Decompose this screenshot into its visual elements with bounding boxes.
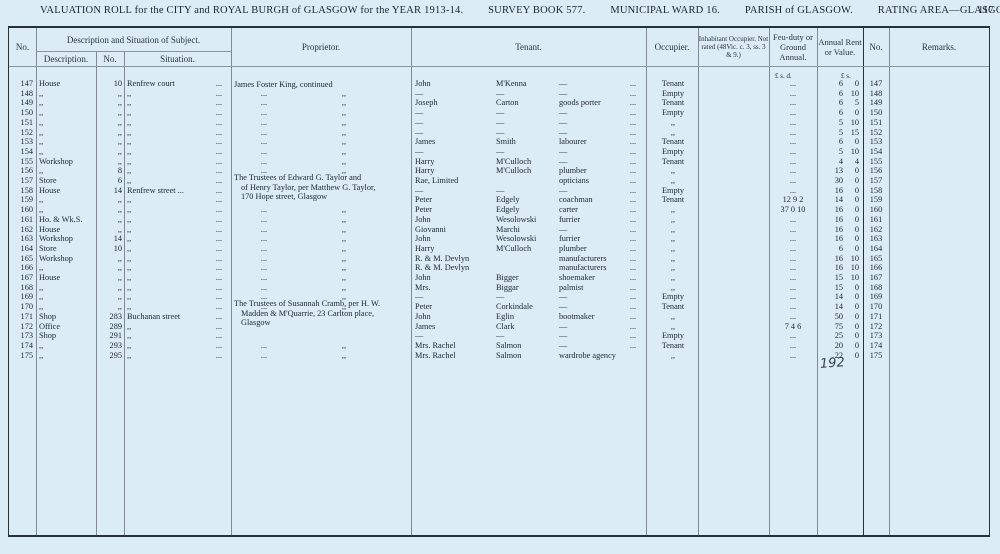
description: ,, bbox=[39, 302, 94, 312]
proprietor-dots: ... bbox=[249, 157, 279, 167]
proprietor-ditto: ,, bbox=[329, 166, 359, 176]
proprietor-ditto: ,, bbox=[329, 157, 359, 167]
tenant-first-name: R. & M. Devlyn bbox=[415, 263, 495, 273]
occupation: plumber bbox=[559, 244, 631, 254]
row-number-right: 163 bbox=[865, 234, 887, 244]
page-title: VALUATION ROLL for the CITY and ROYAL BU… bbox=[40, 5, 1000, 16]
tenant-surname: Edgely bbox=[496, 195, 566, 205]
occupation: — bbox=[559, 147, 631, 157]
valuation-table: No. Description and Situation of Subject… bbox=[8, 26, 990, 537]
feu-duty: ... bbox=[771, 254, 815, 264]
table-row: 165Workshop,,,,......,,R. & M. Devlynman… bbox=[9, 254, 991, 264]
survey-book: SURVEY BOOK 577. bbox=[488, 5, 585, 16]
rent-shillings: 0 bbox=[845, 186, 859, 196]
feu-duty: ... bbox=[771, 186, 815, 196]
subject-number: 6 bbox=[97, 176, 122, 186]
occupation: — bbox=[559, 108, 631, 118]
proprietor-dots: ... bbox=[249, 283, 279, 293]
row-number-right: 166 bbox=[865, 263, 887, 273]
situation-dots: ... bbox=[209, 312, 229, 322]
situation: Renfrew court bbox=[127, 79, 207, 89]
situation: ,, bbox=[127, 225, 207, 235]
rent-pounds: 16 bbox=[821, 263, 843, 273]
feu-duty: ... bbox=[771, 283, 815, 293]
situation: ,, bbox=[127, 331, 207, 341]
subject-number: ,, bbox=[97, 157, 122, 167]
subject-number: ,, bbox=[97, 89, 122, 99]
tenant-surname: — bbox=[496, 331, 566, 341]
proprietor-ditto: ,, bbox=[329, 137, 359, 147]
description: House bbox=[39, 79, 94, 89]
situation-dots: ... bbox=[209, 157, 229, 167]
situation-dots: ... bbox=[209, 273, 229, 283]
occupier-status: ,, bbox=[649, 283, 697, 293]
situation: ,, bbox=[127, 341, 207, 351]
row-number-right: 152 bbox=[865, 128, 887, 138]
occupation: — bbox=[559, 302, 631, 312]
feu-duty: ... bbox=[771, 166, 815, 176]
feu-duty: ... bbox=[771, 118, 815, 128]
tenant-first-name: Harry bbox=[415, 157, 495, 167]
tenant-first-name: — bbox=[415, 292, 495, 302]
situation-dots: ... bbox=[209, 137, 229, 147]
situation: ,, bbox=[127, 254, 207, 264]
rent-pounds: 20 bbox=[821, 341, 843, 351]
occupation: — bbox=[559, 79, 631, 89]
table-row: 149,,,,,,......,,JosephCartongoods porte… bbox=[9, 98, 991, 108]
table-row: 174,,293,,......,,Mrs. RachelSalmon—...T… bbox=[9, 341, 991, 351]
tenant-surname: M'Culloch bbox=[496, 157, 566, 167]
situation: ,, bbox=[127, 292, 207, 302]
table-row: 147House10Renfrew court...JohnM'Kenna—..… bbox=[9, 79, 991, 89]
situation: ,, bbox=[127, 137, 207, 147]
feu-duty: ... bbox=[771, 312, 815, 322]
situation: ,, bbox=[127, 98, 207, 108]
table-row: 171Shop283Buchanan street...JohnEglinboo… bbox=[9, 312, 991, 322]
rent-pounds: 6 bbox=[821, 137, 843, 147]
row-number: 152 bbox=[9, 128, 33, 138]
description: ,, bbox=[39, 351, 94, 361]
tenant-surname: Wesolowski bbox=[496, 215, 566, 225]
occupation-dots: ... bbox=[623, 273, 643, 283]
feu-duty: ... bbox=[771, 302, 815, 312]
occupation: — bbox=[559, 89, 631, 99]
tenant-surname: M'Culloch bbox=[496, 244, 566, 254]
tenant-first-name: — bbox=[415, 89, 495, 99]
proprietor-ditto: ,, bbox=[329, 263, 359, 273]
row-number: 174 bbox=[9, 341, 33, 351]
situation-dots: ... bbox=[209, 195, 229, 205]
row-number: 157 bbox=[9, 176, 33, 186]
row-number: 159 bbox=[9, 195, 33, 205]
situation: ,, bbox=[127, 205, 207, 215]
situation-dots: ... bbox=[209, 351, 229, 361]
rent-pounds: 6 bbox=[821, 108, 843, 118]
row-number: 156 bbox=[9, 166, 33, 176]
rent-shillings: 0 bbox=[845, 195, 859, 205]
rent-pounds: 16 bbox=[821, 205, 843, 215]
occupation: — bbox=[559, 225, 631, 235]
description: ,, bbox=[39, 137, 94, 147]
subject-number: ,, bbox=[97, 137, 122, 147]
row-number: 153 bbox=[9, 137, 33, 147]
feu-duty: ... bbox=[771, 128, 815, 138]
occupation-dots: ... bbox=[623, 195, 643, 205]
tenant-first-name: R. & M. Devlyn bbox=[415, 254, 495, 264]
table-row: 161Ho. & Wk.S.,,,,......,,JohnWesolowski… bbox=[9, 215, 991, 225]
situation-dots: ... bbox=[209, 283, 229, 293]
description: Ho. & Wk.S. bbox=[39, 215, 94, 225]
occupation: plumber bbox=[559, 166, 631, 176]
occupier-status: Empty bbox=[649, 292, 697, 302]
rent-pounds: 14 bbox=[821, 195, 843, 205]
proprietor-ditto: ,, bbox=[329, 244, 359, 254]
occupation: manufacturers bbox=[559, 254, 631, 264]
occupation: manufacturers bbox=[559, 263, 631, 273]
occupier-status: ,, bbox=[649, 205, 697, 215]
rent-shillings: 0 bbox=[845, 205, 859, 215]
header-feu-duty: Feu-duty or Ground Annual. bbox=[769, 28, 817, 66]
rent-shillings: 0 bbox=[845, 312, 859, 322]
feu-duty: 37 0 10 bbox=[771, 205, 815, 215]
table-row: 170,,,,,,......,,PeterCorkindale—...Tena… bbox=[9, 302, 991, 312]
situation-dots: ... bbox=[209, 263, 229, 273]
row-number-right: 155 bbox=[865, 157, 887, 167]
table-row: 152,,,,,,......,,———...,,...515152 bbox=[9, 128, 991, 138]
occupation: furrier bbox=[559, 215, 631, 225]
table-row: 157Store6,,...Rae, Limitedopticians...,,… bbox=[9, 176, 991, 186]
rent-shillings: 0 bbox=[845, 244, 859, 254]
occupation: — bbox=[559, 186, 631, 196]
row-number-right: 162 bbox=[865, 225, 887, 235]
row-number: 158 bbox=[9, 186, 33, 196]
situation-dots: ... bbox=[209, 302, 229, 312]
description: ,, bbox=[39, 166, 94, 176]
subject-number: 291 bbox=[97, 331, 122, 341]
rent-shillings: 0 bbox=[845, 302, 859, 312]
row-number: 162 bbox=[9, 225, 33, 235]
tenant-first-name: — bbox=[415, 118, 495, 128]
tenant-surname: Smith bbox=[496, 137, 566, 147]
feu-duty: ... bbox=[771, 263, 815, 273]
row-number-right: 174 bbox=[865, 341, 887, 351]
proprietor-dots: ... bbox=[249, 254, 279, 264]
situation-dots: ... bbox=[209, 128, 229, 138]
row-number: 165 bbox=[9, 254, 33, 264]
row-number-right: 173 bbox=[865, 331, 887, 341]
subject-number: ,, bbox=[97, 108, 122, 118]
situation-dots: ... bbox=[209, 147, 229, 157]
description: ,, bbox=[39, 98, 94, 108]
occupation-dots: ... bbox=[623, 254, 643, 264]
subject-number: 8 bbox=[97, 166, 122, 176]
header-proprietor: Proprietor. bbox=[231, 28, 411, 66]
occupation-dots: ... bbox=[623, 283, 643, 293]
description: Shop bbox=[39, 312, 94, 322]
row-number-right: 149 bbox=[865, 98, 887, 108]
subject-number: ,, bbox=[97, 128, 122, 138]
proprietor-dots: ... bbox=[249, 263, 279, 273]
row-number: 163 bbox=[9, 234, 33, 244]
tenant-surname: Bigger bbox=[496, 273, 566, 283]
occupation: shoemaker bbox=[559, 273, 631, 283]
situation: ,, bbox=[127, 157, 207, 167]
feu-duty: ... bbox=[771, 351, 815, 361]
header-tenant: Tenant. bbox=[411, 28, 646, 66]
subject-number: 295 bbox=[97, 351, 122, 361]
tenant-surname: M'Culloch bbox=[496, 166, 566, 176]
feu-duty: ... bbox=[771, 98, 815, 108]
occupation-dots: ... bbox=[623, 292, 643, 302]
situation-dots: ... bbox=[209, 322, 229, 332]
occupation-dots: ... bbox=[623, 312, 643, 322]
proprietor-dots: ... bbox=[249, 118, 279, 128]
tenant-first-name: Giovanni bbox=[415, 225, 495, 235]
situation-dots: ... bbox=[209, 331, 229, 341]
header-remarks: Remarks. bbox=[889, 28, 989, 66]
row-number-right: 167 bbox=[865, 273, 887, 283]
feu-duty: ... bbox=[771, 234, 815, 244]
occupier-status: ,, bbox=[649, 254, 697, 264]
subject-number: 14 bbox=[97, 234, 122, 244]
occupier-status: Empty bbox=[649, 331, 697, 341]
tenant-surname: — bbox=[496, 147, 566, 157]
subject-number: 293 bbox=[97, 341, 122, 351]
row-number: 147 bbox=[9, 79, 33, 89]
occupier-status: ,, bbox=[649, 166, 697, 176]
table-row: 148,,,,,,......,,———...Empty...610148 bbox=[9, 89, 991, 99]
subject-number: ,, bbox=[97, 98, 122, 108]
proprietor-dots: ... bbox=[249, 128, 279, 138]
row-number-right: 159 bbox=[865, 195, 887, 205]
row-number: 175 bbox=[9, 351, 33, 361]
row-number-right: 154 bbox=[865, 147, 887, 157]
row-number-right: 169 bbox=[865, 292, 887, 302]
description: Workshop bbox=[39, 254, 94, 264]
subject-number: ,, bbox=[97, 273, 122, 283]
table-row: 159,,,,,,...PeterEdgelycoachman...Tenant… bbox=[9, 195, 991, 205]
header-annual-rent: Annual Rent or Value. bbox=[817, 28, 863, 66]
description: House bbox=[39, 186, 94, 196]
rent-shillings: 10 bbox=[845, 147, 859, 157]
situation-dots: ... bbox=[209, 108, 229, 118]
situation: ,, bbox=[127, 322, 207, 332]
municipal-ward: MUNICIPAL WARD 16. bbox=[610, 5, 720, 16]
subject-number: 10 bbox=[97, 244, 122, 254]
rent-pounds: 16 bbox=[821, 234, 843, 244]
table-row: 160,,,,,,......,,PeterEdgelycarter...,,3… bbox=[9, 205, 991, 215]
table-row: 163Workshop14,,......,,JohnWesolowskifur… bbox=[9, 234, 991, 244]
description: House bbox=[39, 273, 94, 283]
situation: ,, bbox=[127, 176, 207, 186]
page-number: 117 bbox=[978, 5, 994, 16]
occupation-dots: ... bbox=[623, 108, 643, 118]
proprietor-dots: ... bbox=[249, 302, 279, 312]
header-no: No. bbox=[9, 28, 36, 66]
roll-title: VALUATION ROLL for the CITY and ROYAL BU… bbox=[40, 5, 463, 16]
situation: ,, bbox=[127, 263, 207, 273]
occupation-dots: ... bbox=[623, 215, 643, 225]
situation-dots: ... bbox=[209, 292, 229, 302]
feu-duty: ... bbox=[771, 215, 815, 225]
feu-duty: ... bbox=[771, 225, 815, 235]
occupation-dots: ... bbox=[623, 137, 643, 147]
occupier-status: ,, bbox=[649, 176, 697, 186]
subject-number: ,, bbox=[97, 283, 122, 293]
situation-dots: ... bbox=[209, 205, 229, 215]
proprietor-ditto: ,, bbox=[329, 341, 359, 351]
proprietor-dots: ... bbox=[249, 98, 279, 108]
situation-dots: ... bbox=[209, 166, 229, 176]
rent-pounds: 30 bbox=[821, 176, 843, 186]
proprietor-dots: ... bbox=[249, 225, 279, 235]
description: ,, bbox=[39, 118, 94, 128]
subject-number: ,, bbox=[97, 263, 122, 273]
header-occupier: Occupier. bbox=[646, 28, 698, 66]
proprietor-ditto: ,, bbox=[329, 98, 359, 108]
row-number: 161 bbox=[9, 215, 33, 225]
proprietor-ditto: ,, bbox=[329, 234, 359, 244]
rent-pounds: 6 bbox=[821, 89, 843, 99]
situation: ,, bbox=[127, 234, 207, 244]
occupier-status: Tenant bbox=[649, 157, 697, 167]
row-number-right: 147 bbox=[865, 79, 887, 89]
situation: ,, bbox=[127, 118, 207, 128]
row-number: 151 bbox=[9, 118, 33, 128]
occupation-dots: ... bbox=[623, 79, 643, 89]
feu-duty: 7 4 6 bbox=[771, 322, 815, 332]
description: ,, bbox=[39, 205, 94, 215]
occupier-status: Empty bbox=[649, 89, 697, 99]
row-number-right: 175 bbox=[865, 351, 887, 361]
occupation: palmist bbox=[559, 283, 631, 293]
rent-pounds: 4 bbox=[821, 157, 843, 167]
rent-shillings: 0 bbox=[845, 215, 859, 225]
header-description-group: Description and Situation of Subject. bbox=[36, 28, 231, 51]
table-row: 162House,,,,......,,GiovanniMarchi—...,,… bbox=[9, 225, 991, 235]
rent-shillings: 0 bbox=[845, 234, 859, 244]
situation: ,, bbox=[127, 351, 207, 361]
occupier-status: ,, bbox=[649, 128, 697, 138]
description: ,, bbox=[39, 292, 94, 302]
table-row: 164Store10,,......,,HarryM'Cullochplumbe… bbox=[9, 244, 991, 254]
feu-duty: 12 9 2 bbox=[771, 195, 815, 205]
occupier-status: Tenant bbox=[649, 341, 697, 351]
row-number-right: 151 bbox=[865, 118, 887, 128]
tenant-surname: — bbox=[496, 128, 566, 138]
proprietor-dots: ... bbox=[249, 137, 279, 147]
table-row: 150,,,,,,......,,———...Empty...60150 bbox=[9, 108, 991, 118]
occupation: labourer bbox=[559, 137, 631, 147]
occupation-dots: ... bbox=[623, 118, 643, 128]
proprietor-dots: ... bbox=[249, 215, 279, 225]
occupier-status: ,, bbox=[649, 225, 697, 235]
situation-dots: ... bbox=[209, 225, 229, 235]
rent-pounds: 15 bbox=[821, 273, 843, 283]
description: ,, bbox=[39, 263, 94, 273]
row-number-right: 156 bbox=[865, 166, 887, 176]
row-number: 168 bbox=[9, 283, 33, 293]
proprietor-ditto: ,, bbox=[329, 273, 359, 283]
tenant-first-name: Joseph bbox=[415, 98, 495, 108]
feu-duty: ... bbox=[771, 89, 815, 99]
rent-pounds: 15 bbox=[821, 283, 843, 293]
occupation: — bbox=[559, 128, 631, 138]
subject-number: 14 bbox=[97, 186, 122, 196]
rent-shillings: 0 bbox=[845, 341, 859, 351]
rent-pounds: 6 bbox=[821, 79, 843, 89]
proprietor-dots: ... bbox=[249, 166, 279, 176]
occupation-dots: ... bbox=[623, 225, 643, 235]
row-number-right: 165 bbox=[865, 254, 887, 264]
description: Office bbox=[39, 322, 94, 332]
proprietor-dots: ... bbox=[249, 234, 279, 244]
description: ,, bbox=[39, 108, 94, 118]
description: Workshop bbox=[39, 157, 94, 167]
situation: ,, bbox=[127, 302, 207, 312]
tenant-surname: Corkindale bbox=[496, 302, 566, 312]
rent-pounds: 14 bbox=[821, 292, 843, 302]
occupation: carter bbox=[559, 205, 631, 215]
row-number: 154 bbox=[9, 147, 33, 157]
tenant-surname: M'Kenna bbox=[496, 79, 566, 89]
rent-pounds: 16 bbox=[821, 215, 843, 225]
situation: ,, bbox=[127, 215, 207, 225]
row-number: 149 bbox=[9, 98, 33, 108]
occupation-dots: ... bbox=[623, 176, 643, 186]
rent-shillings: 0 bbox=[845, 108, 859, 118]
feu-duty: ... bbox=[771, 79, 815, 89]
subject-number: ,, bbox=[97, 147, 122, 157]
description: ,, bbox=[39, 147, 94, 157]
proprietor-ditto: ,, bbox=[329, 225, 359, 235]
rent-pounds: 16 bbox=[821, 225, 843, 235]
header-inhabitant-occupier: Inhabitant Occupier. Not rated (48Vic. c… bbox=[698, 28, 769, 66]
rent-shillings: 0 bbox=[845, 137, 859, 147]
rent-shillings: 0 bbox=[845, 351, 859, 361]
occupier-status: ,, bbox=[649, 244, 697, 254]
proprietor-dots: ... bbox=[249, 351, 279, 361]
row-number: 172 bbox=[9, 322, 33, 332]
description: Workshop bbox=[39, 234, 94, 244]
table-row: 155Workshop,,,,......,,HarryM'Culloch—..… bbox=[9, 157, 991, 167]
header-description: Description. bbox=[36, 51, 96, 66]
row-number: 155 bbox=[9, 157, 33, 167]
row-number-right: 164 bbox=[865, 244, 887, 254]
occupation: — bbox=[559, 118, 631, 128]
row-number-right: 150 bbox=[865, 108, 887, 118]
tenant-first-name: Peter bbox=[415, 302, 495, 312]
table-row: 154,,,,,,......,,———...Empty...510154 bbox=[9, 147, 991, 157]
proprietor-ditto: ,, bbox=[329, 128, 359, 138]
feu-duty: ... bbox=[771, 137, 815, 147]
rent-shillings: 15 bbox=[845, 128, 859, 138]
proprietor-dots: ... bbox=[249, 341, 279, 351]
occupation: — bbox=[559, 157, 631, 167]
rent-pounds: 6 bbox=[821, 98, 843, 108]
tenant-surname: Clark bbox=[496, 322, 566, 332]
handwritten-note: 192 bbox=[820, 355, 846, 372]
situation-dots: ... bbox=[209, 254, 229, 264]
table-row: 169,,,,,,......,,———...Empty...140169 bbox=[9, 292, 991, 302]
occupier-status: ,, bbox=[649, 351, 697, 361]
situation-dots: ... bbox=[209, 98, 229, 108]
tenant-first-name: Rae, Limited bbox=[415, 176, 495, 186]
rent-shillings: 0 bbox=[845, 292, 859, 302]
tenant-surname: Eglin bbox=[496, 312, 566, 322]
tenant-surname: — bbox=[496, 89, 566, 99]
proprietor-ditto: ,, bbox=[329, 89, 359, 99]
